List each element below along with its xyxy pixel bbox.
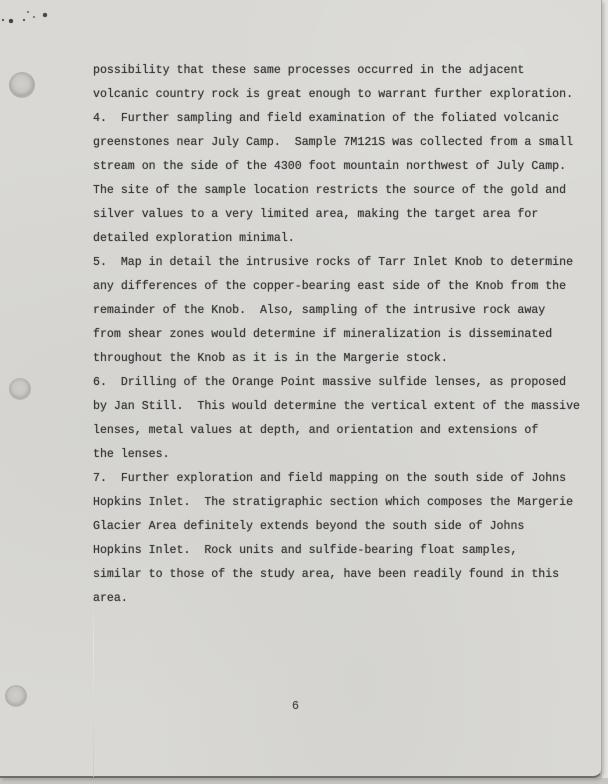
paper-crease (93, 602, 94, 777)
text-line: stream on the side of the 4300 foot moun… (93, 155, 580, 179)
body-text: possibility that these same processes oc… (93, 59, 580, 611)
text-line: 6. Drilling of the Orange Point massive … (93, 371, 580, 395)
ink-speck (43, 13, 47, 17)
scan-background-right (602, 0, 608, 784)
hole-punch (9, 378, 31, 400)
text-line: Hopkins Inlet. The stratigraphic section… (93, 491, 580, 515)
text-line: lenses, metal values at depth, and orien… (93, 419, 580, 443)
text-line: throughout the Knob as it is in the Marg… (93, 347, 580, 371)
text-line: 5. Map in detail the intrusive rocks of … (93, 251, 580, 275)
scanned-page: possibility that these same processes oc… (0, 0, 602, 778)
text-line: 7. Further exploration and field mapping… (93, 467, 580, 491)
text-line: from shear zones would determine if mine… (93, 323, 580, 347)
text-line: Glacier Area definitely extends beyond t… (93, 515, 580, 539)
text-line: the lenses. (93, 443, 580, 467)
hole-punch (5, 685, 27, 707)
text-line: possibility that these same processes oc… (93, 59, 580, 83)
text-line: by Jan Still. This would determine the v… (93, 395, 580, 419)
text-line: Hopkins Inlet. Rock units and sulfide-be… (93, 539, 580, 563)
ink-speck (9, 19, 13, 23)
text-line: area. (93, 587, 580, 611)
ink-speck (23, 19, 25, 21)
text-line: remainder of the Knob. Also, sampling of… (93, 299, 580, 323)
hole-punch (9, 72, 35, 98)
text-line: 4. Further sampling and field examinatio… (93, 107, 580, 131)
text-line: similar to those of the study area, have… (93, 563, 580, 587)
text-line: greenstones near July Camp. Sample 7M121… (93, 131, 580, 155)
text-line: silver values to a very limited area, ma… (93, 203, 580, 227)
ink-speck (27, 11, 29, 13)
text-line: detailed exploration minimal. (93, 227, 580, 251)
page-number: 6 (292, 695, 299, 719)
ink-speck (2, 19, 4, 21)
ink-speck (33, 16, 35, 18)
scanned-document: possibility that these same processes oc… (0, 0, 608, 784)
scan-background-bottom (0, 778, 608, 784)
text-line: volcanic country rock is great enough to… (93, 83, 580, 107)
text-line: The site of the sample location restrict… (93, 179, 580, 203)
text-line: any differences of the copper-bearing ea… (93, 275, 580, 299)
